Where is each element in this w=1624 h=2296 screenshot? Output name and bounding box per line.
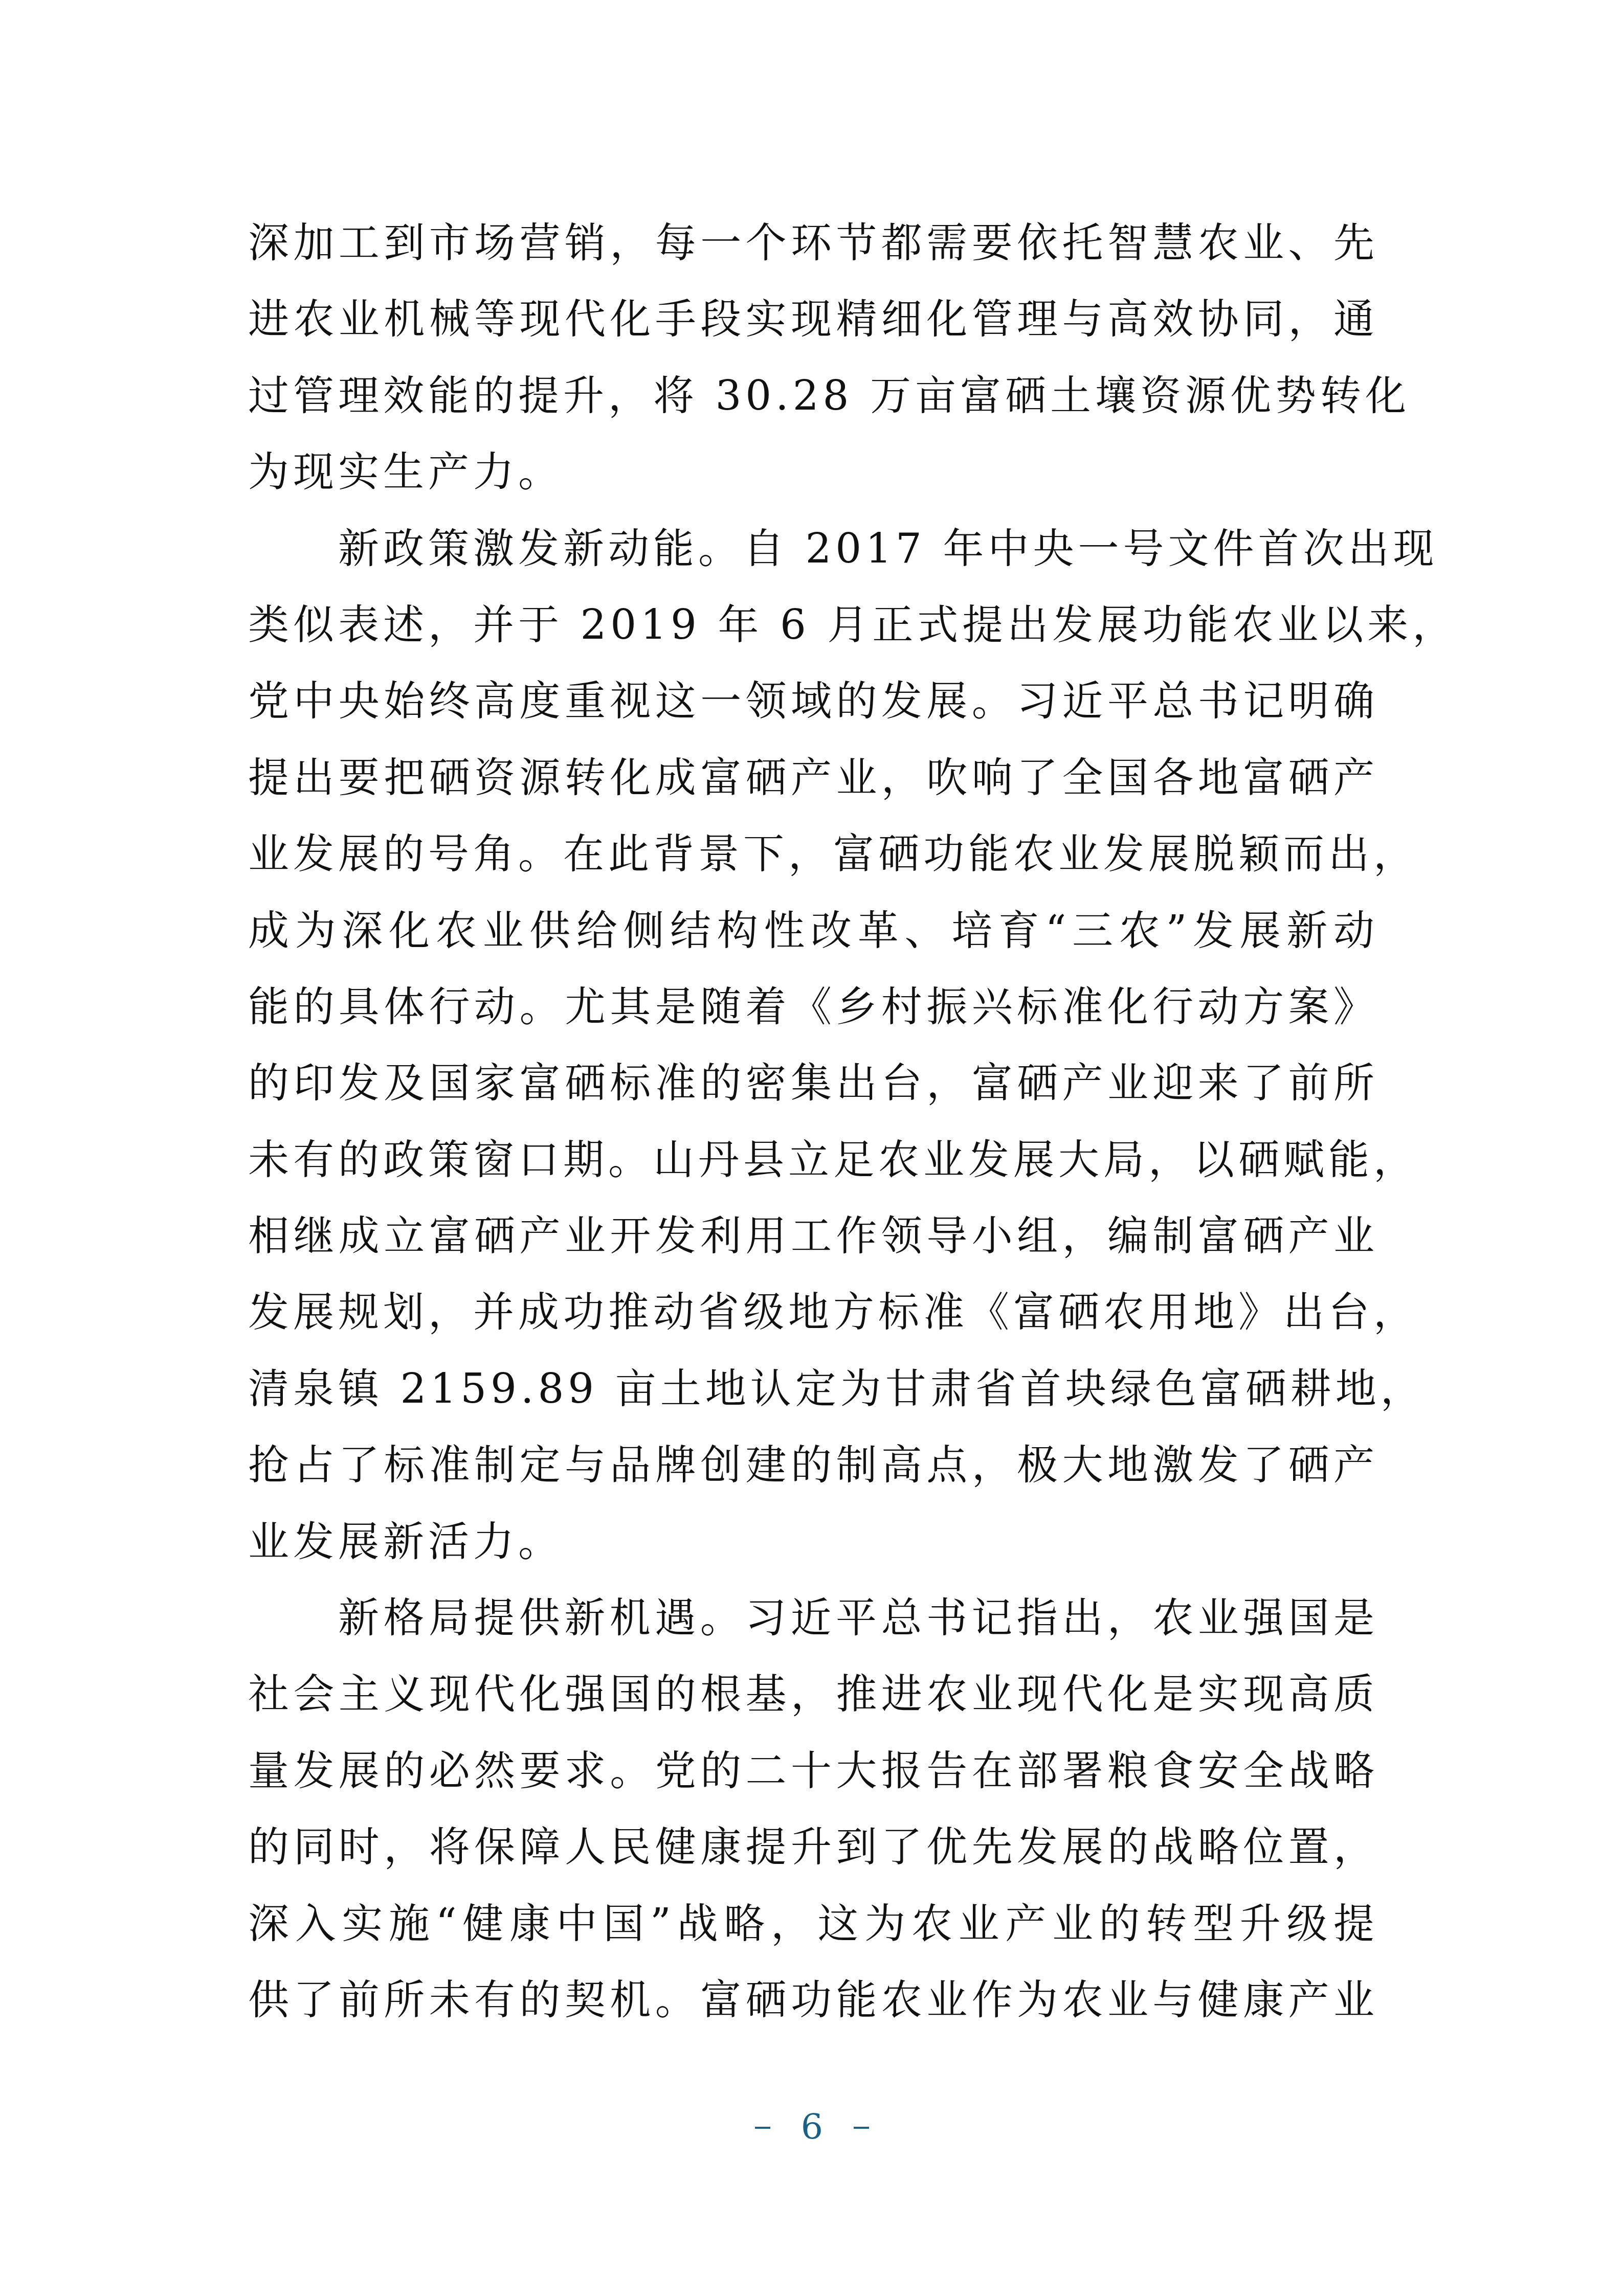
body-text: 深加工到市场营销，每一个环节都需要依托智慧农业、先 进农业机械等现代化手段实现精… xyxy=(248,205,1378,2038)
text-line: 新格局提供新机遇。习近平总书记指出，农业强国是 xyxy=(248,1580,1378,1656)
text-line: 量发展的必然要求。党的二十大报告在部署粮食安全战略 xyxy=(248,1732,1378,1809)
text-line: 过管理效能的提升，将 30.28 万亩富硒土壤资源优势转化 xyxy=(248,357,1378,434)
paragraph-3: 新格局提供新机遇。习近平总书记指出，农业强国是 社会主义现代化强国的根基，推进农… xyxy=(248,1580,1378,2038)
text-line: 清泉镇 2159.89 亩土地认定为甘肃省首块绿色富硒耕地， xyxy=(248,1350,1378,1427)
paragraph-1: 深加工到市场营销，每一个环节都需要依托智慧农业、先 进农业机械等现代化手段实现精… xyxy=(248,205,1378,510)
text-line: 供了前所未有的契机。富硒功能农业作为农业与健康产业 xyxy=(248,1962,1378,2038)
text-line: 提出要把硒资源转化成富硒产业，吹响了全国各地富硒产 xyxy=(248,739,1378,816)
page-number-dash-right xyxy=(854,2127,869,2129)
text-line: 为现实生产力。 xyxy=(248,434,1378,510)
text-line: 业发展的号角。在此背景下，富硒功能农业发展脱颖而出， xyxy=(248,816,1378,892)
text-line: 类似表述，并于 2019 年 6 月正式提出发展功能农业以来， xyxy=(248,587,1378,663)
document-page: 深加工到市场营销，每一个环节都需要依托智慧农业、先 进农业机械等现代化手段实现精… xyxy=(0,0,1624,2296)
text-line: 能的具体行动。尤其是随着《乡村振兴标准化行动方案》 xyxy=(248,969,1378,1045)
text-line: 进农业机械等现代化手段实现精细化管理与高效协同，通 xyxy=(248,281,1378,357)
text-line: 深加工到市场营销，每一个环节都需要依托智慧农业、先 xyxy=(248,205,1378,281)
page-number-value: 6 xyxy=(801,2107,823,2147)
text-line: 新政策激发新动能。自 2017 年中央一号文件首次出现 xyxy=(248,510,1378,587)
text-line: 相继成立富硒产业开发利用工作领导小组，编制富硒产业 xyxy=(248,1198,1378,1274)
text-line: 抢占了标准制定与品牌创建的制高点，极大地激发了硒产 xyxy=(248,1427,1378,1503)
text-line: 业发展新活力。 xyxy=(248,1503,1378,1580)
page-number: 6 xyxy=(0,2107,1624,2147)
text-line: 的同时，将保障人民健康提升到了优先发展的战略位置， xyxy=(248,1809,1378,1885)
text-line: 社会主义现代化强国的根基，推进农业现代化是实现高质 xyxy=(248,1656,1378,1732)
text-line: 发展规划，并成功推动省级地方标准《富硒农用地》出台， xyxy=(248,1274,1378,1350)
text-line: 未有的政策窗口期。山丹县立足农业发展大局，以硒赋能， xyxy=(248,1121,1378,1198)
paragraph-2: 新政策激发新动能。自 2017 年中央一号文件首次出现 类似表述，并于 2019… xyxy=(248,510,1378,1580)
text-line: 成为深化农业供给侧结构性改革、培育“三农”发展新动 xyxy=(248,892,1378,969)
text-line: 的印发及国家富硒标准的密集出台，富硒产业迎来了前所 xyxy=(248,1045,1378,1121)
text-line: 党中央始终高度重视这一领域的发展。习近平总书记明确 xyxy=(248,663,1378,739)
page-number-dash-left xyxy=(755,2127,770,2129)
text-line: 深入实施“健康中国”战略，这为农业产业的转型升级提 xyxy=(248,1885,1378,1962)
